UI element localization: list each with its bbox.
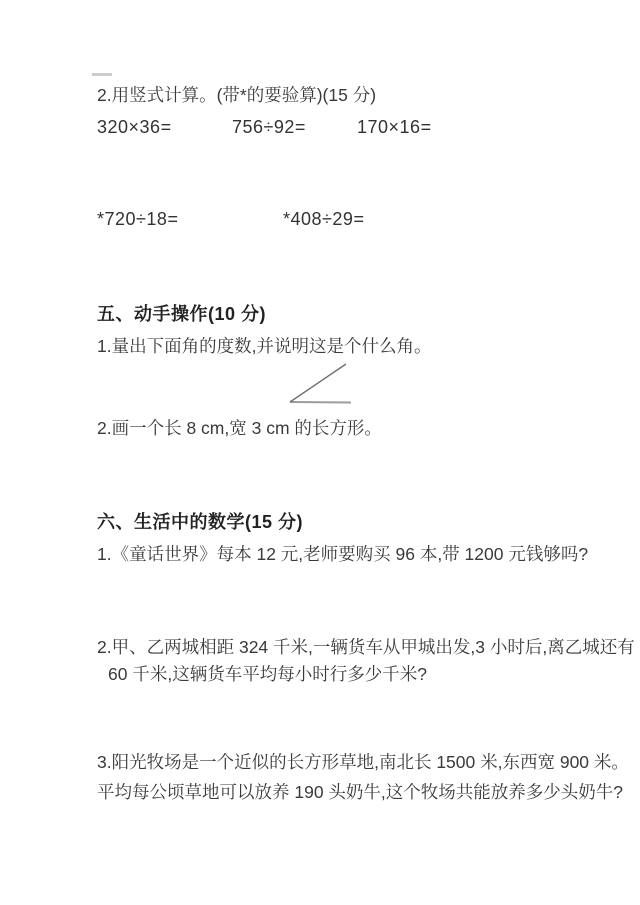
section5-question2: 2.画一个长 8 cm,宽 3 cm 的长方形。 xyxy=(97,418,382,438)
section6-question3-line2: 平均每公顷草地可以放养 190 头奶牛,这个牧场共能放养多少头奶牛? xyxy=(97,782,623,802)
cropped-line-remnant xyxy=(92,73,112,76)
section5-title: 五、动手操作(10 分) xyxy=(97,304,266,324)
equation-170x16: 170×16= xyxy=(357,117,432,137)
section5-question1: 1.量出下面角的度数,并说明这是个什么角。 xyxy=(97,336,431,356)
calc-section-title: 2.用竖式计算。(带*的要验算)(15 分) xyxy=(97,85,376,105)
equation-408div29: *408÷29= xyxy=(283,209,364,229)
equation-756div92: 756÷92= xyxy=(232,117,306,137)
section6-question1: 1.《童话世界》每本 12 元,老师要购买 96 本,带 1200 元钱够吗? xyxy=(97,544,588,564)
equation-720div18: *720÷18= xyxy=(97,209,178,229)
section6-question2-line2: 60 千米,这辆货车平均每小时行多少千米? xyxy=(108,664,427,684)
equation-320x36: 320×36= xyxy=(97,117,172,137)
angle-figure xyxy=(284,358,356,406)
section6-title: 六、生活中的数学(15 分) xyxy=(97,512,303,532)
worksheet-page: 2.用竖式计算。(带*的要验算)(15 分) 320×36= 756÷92= 1… xyxy=(0,0,640,905)
section6-question3-line1: 3.阳光牧场是一个近似的长方形草地,南北长 1500 米,东西宽 900 米。 xyxy=(97,752,629,772)
section6-question2-line1: 2.甲、乙两城相距 324 千米,一辆货车从甲城出发,3 小时后,离乙城还有 xyxy=(97,637,635,657)
